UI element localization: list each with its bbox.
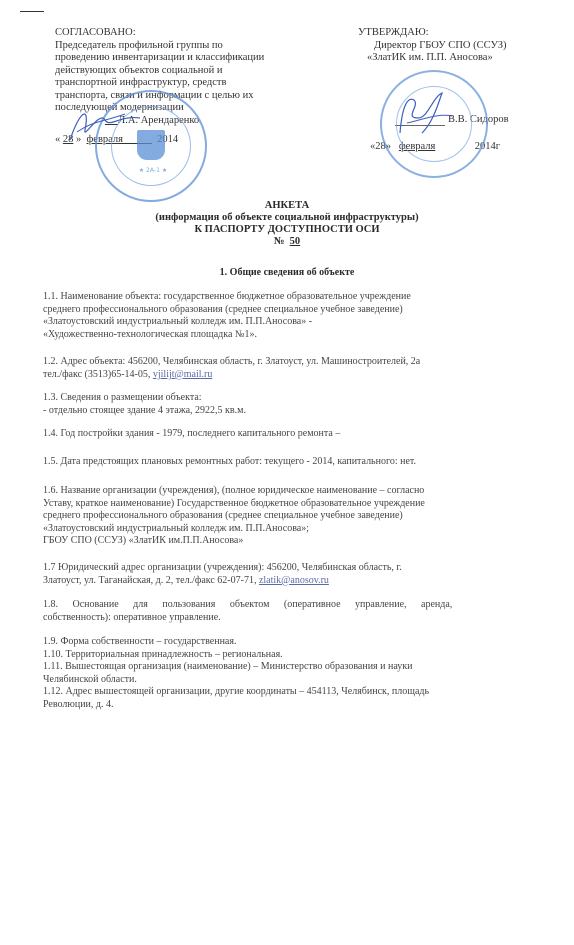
corner-mark (20, 11, 44, 12)
item-1-3: 1.3. Сведения о размещении объекта: - от… (43, 392, 513, 417)
document-page: СОГЛАСОВАНО: Председатель профильной гру… (0, 0, 574, 945)
doc-passport-title: К ПАСПОРТУ ДОСТУПНОСТИ ОСИ (0, 224, 574, 236)
text-line: 1.8. Основание для пользования объектом … (43, 599, 513, 612)
item-1-8: 1.8. Основание для пользования объектом … (43, 599, 513, 624)
doc-subtitle: (информация об объекте социальной инфрас… (0, 212, 574, 224)
text-line: 1.3. Сведения о размещении объекта: (43, 392, 513, 405)
text-line: 1.7 Юридический адрес организации (учреж… (43, 562, 513, 575)
doc-number: № 50 (0, 236, 574, 248)
text-line: 1.1. Наименование объекта: государственн… (43, 291, 513, 304)
item-1-7: 1.7 Юридический адрес организации (учреж… (43, 562, 513, 587)
text-line: среднего профессионального образования (… (43, 304, 513, 317)
text-line: «Художественно-технологическая площадка … (43, 329, 513, 342)
item-1-1: 1.1. Наименование объекта: государственн… (43, 291, 513, 341)
approval-left-line: проведению инвентаризации и классификаци… (55, 52, 295, 65)
text-line: собственность): оперативное управление. (43, 612, 513, 625)
text-line: Челябинской области. (43, 674, 513, 687)
doc-title: АНКЕТА (0, 200, 574, 212)
address-text: Златоуст, ул. Таганайская, д. 2, тел./фа… (43, 575, 259, 586)
item-1-4: 1.4. Год постройки здания - 1979, послед… (43, 428, 513, 441)
text-line: 1.12. Адрес вышестоящей организации, дру… (43, 686, 513, 699)
text-line: 1.11. Вышестоящая организация (наименова… (43, 661, 513, 674)
text-line: 1.10. Территориальная принадлежность – р… (43, 649, 513, 662)
text-line: Златоуст, ул. Таганайская, д. 2, тел./фа… (43, 575, 513, 588)
section-heading: 1. Общие сведения об объекте (0, 267, 574, 278)
text-line: «Златоустовский индустриальный колледж и… (43, 316, 513, 329)
approval-left-line: транспортной инфраструктур, средств (55, 77, 295, 90)
phone-text: тел./факс (3513)65-14-05, (43, 369, 153, 380)
signature-left-icon (65, 100, 145, 145)
text-line: среднего профессионального образования (… (43, 510, 513, 523)
item-1-2: 1.2. Адрес объекта: 456200, Челябинская … (43, 356, 513, 381)
text-line: - отдельно стоящее здание 4 этажа, 2922,… (43, 405, 513, 418)
signature-right-icon (392, 88, 462, 138)
text-line: Революции, д. 4. (43, 699, 513, 712)
text-line: 1.2. Адрес объекта: 456200, Челябинская … (43, 356, 513, 369)
text-line: 1.4. Год постройки здания - 1979, послед… (43, 428, 513, 441)
approval-left-line: Председатель профильной группы по (55, 40, 295, 53)
email-link[interactable]: vjilijt@mail.ru (153, 369, 212, 380)
text-line: «Златоустовский индустриальный колледж и… (43, 523, 513, 536)
approval-right-organization: «ЗлатИК им. П.П. Аносова» (358, 52, 507, 65)
approval-left-heading: СОГЛАСОВАНО: (55, 27, 295, 40)
number-value: 50 (290, 236, 301, 247)
number-label: № (274, 236, 285, 247)
text-line: тел./факс (3513)65-14-05, vjilijt@mail.r… (43, 369, 513, 382)
item-1-5: 1.5. Дата предстоящих плановых ремонтных… (43, 456, 513, 469)
stamp-code: ★ 2А-1 ★ (135, 167, 171, 174)
text-line: 1.9. Форма собственности – государственн… (43, 636, 513, 649)
approval-left-line: действующих объектов социальной и (55, 65, 295, 78)
email-link[interactable]: zlatik@anosov.ru (259, 575, 329, 586)
items-1-9-to-1-12: 1.9. Форма собственности – государственн… (43, 636, 513, 712)
approval-right-position: Директор ГБОУ СПО (ССУЗ) (358, 40, 507, 53)
text-line: 1.5. Дата предстоящих плановых ремонтных… (43, 456, 513, 469)
text-line: ГБОУ СПО (ССУЗ) «ЗлатИК им.П.П.Аносова» (43, 535, 513, 548)
text-line: Уставу, краткое наименование) Государств… (43, 498, 513, 511)
item-1-6: 1.6. Название организации (учреждения), … (43, 485, 513, 548)
approval-right: УТВЕРЖДАЮ: Директор ГБОУ СПО (ССУЗ) «Зла… (358, 27, 507, 65)
text-line: 1.6. Название организации (учреждения), … (43, 485, 513, 498)
approval-right-heading: УТВЕРЖДАЮ: (358, 27, 507, 40)
